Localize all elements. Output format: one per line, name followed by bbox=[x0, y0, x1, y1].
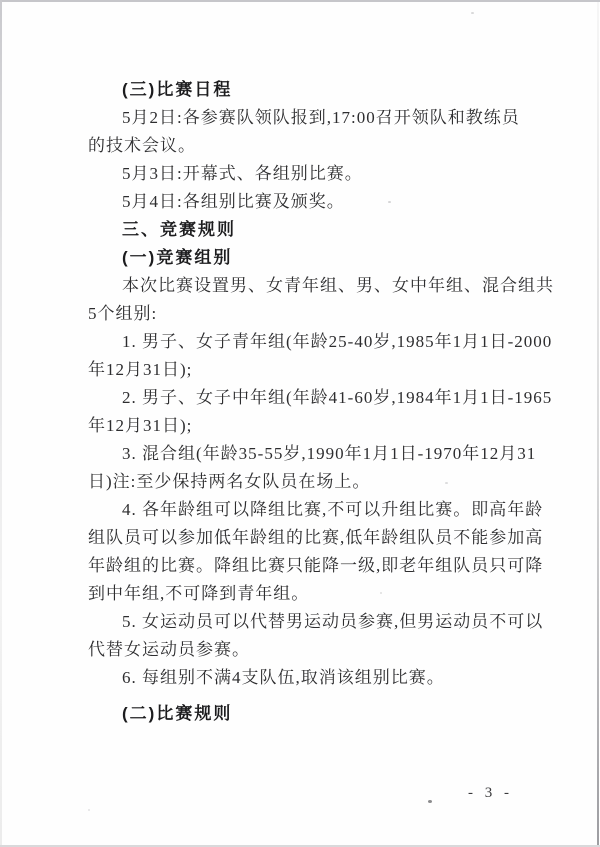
text-line: 年龄组的比赛。降组比赛只能降一级,即老年组队员只可降 bbox=[88, 552, 548, 580]
document-body: (三)比赛日程 5月2日:各参赛队领队报到,17:00召开领队和教练员 的技术会… bbox=[88, 76, 548, 728]
text-line: 组队员可以参加低年龄组的比赛,低年龄组队员不能参加高 bbox=[88, 524, 548, 552]
text-line: 的技术会议。 bbox=[88, 132, 548, 160]
text-line: 5月2日:各参赛队领队报到,17:00召开领队和教练员 bbox=[88, 104, 548, 132]
scan-speck bbox=[88, 809, 90, 811]
text-line-group-youth: 1. 男子、女子青年组(年龄25-40岁,1985年1月1日-2000 bbox=[88, 328, 548, 356]
text-line: 日)注:至少保持两名女队员在场上。 bbox=[88, 468, 548, 496]
page-number: - 3 - bbox=[468, 785, 513, 802]
text-line: 年12月31日); bbox=[88, 412, 548, 440]
heading-match-rules: (二)比赛规则 bbox=[88, 700, 548, 728]
text-line: 5月3日:开幕式、各组别比赛。 bbox=[88, 160, 548, 188]
text-line: 5个组别: bbox=[88, 300, 548, 328]
text-line-group-middle: 2. 男子、女子中年组(年龄41-60岁,1984年1月1日-1965 bbox=[88, 384, 548, 412]
text-line: 年12月31日); bbox=[88, 356, 548, 384]
scan-edge-right bbox=[597, 0, 599, 847]
heading-competition-groups: (一)竞赛组别 bbox=[88, 244, 548, 272]
scan-edge-left bbox=[0, 0, 2, 847]
text-line: 5月4日:各组别比赛及颁奖。 bbox=[88, 188, 548, 216]
text-line: 到中年组,不可降到青年组。 bbox=[88, 580, 548, 608]
text-line: 代替女运动员参赛。 bbox=[88, 636, 548, 664]
text-line: 本次比赛设置男、女青年组、男、女中年组、混合组共 bbox=[88, 272, 548, 300]
heading-competition-schedule: (三)比赛日程 bbox=[88, 76, 548, 104]
text-line: 5. 女运动员可以代替男运动员参赛,但男运动员不可以 bbox=[88, 608, 548, 636]
scan-speck bbox=[471, 12, 474, 14]
scan-edge-top bbox=[0, 0, 600, 2]
heading-competition-rules: 三、竞赛规则 bbox=[88, 216, 548, 244]
scan-speck bbox=[428, 800, 432, 803]
text-line-group-mixed: 3. 混合组(年龄35-55岁,1990年1月1日-1970年12月31 bbox=[88, 440, 548, 468]
text-line: 6. 每组别不满4支队伍,取消该组别比赛。 bbox=[88, 664, 548, 692]
text-line: 4. 各年龄组可以降组比赛,不可以升组比赛。即高年龄 bbox=[88, 496, 548, 524]
